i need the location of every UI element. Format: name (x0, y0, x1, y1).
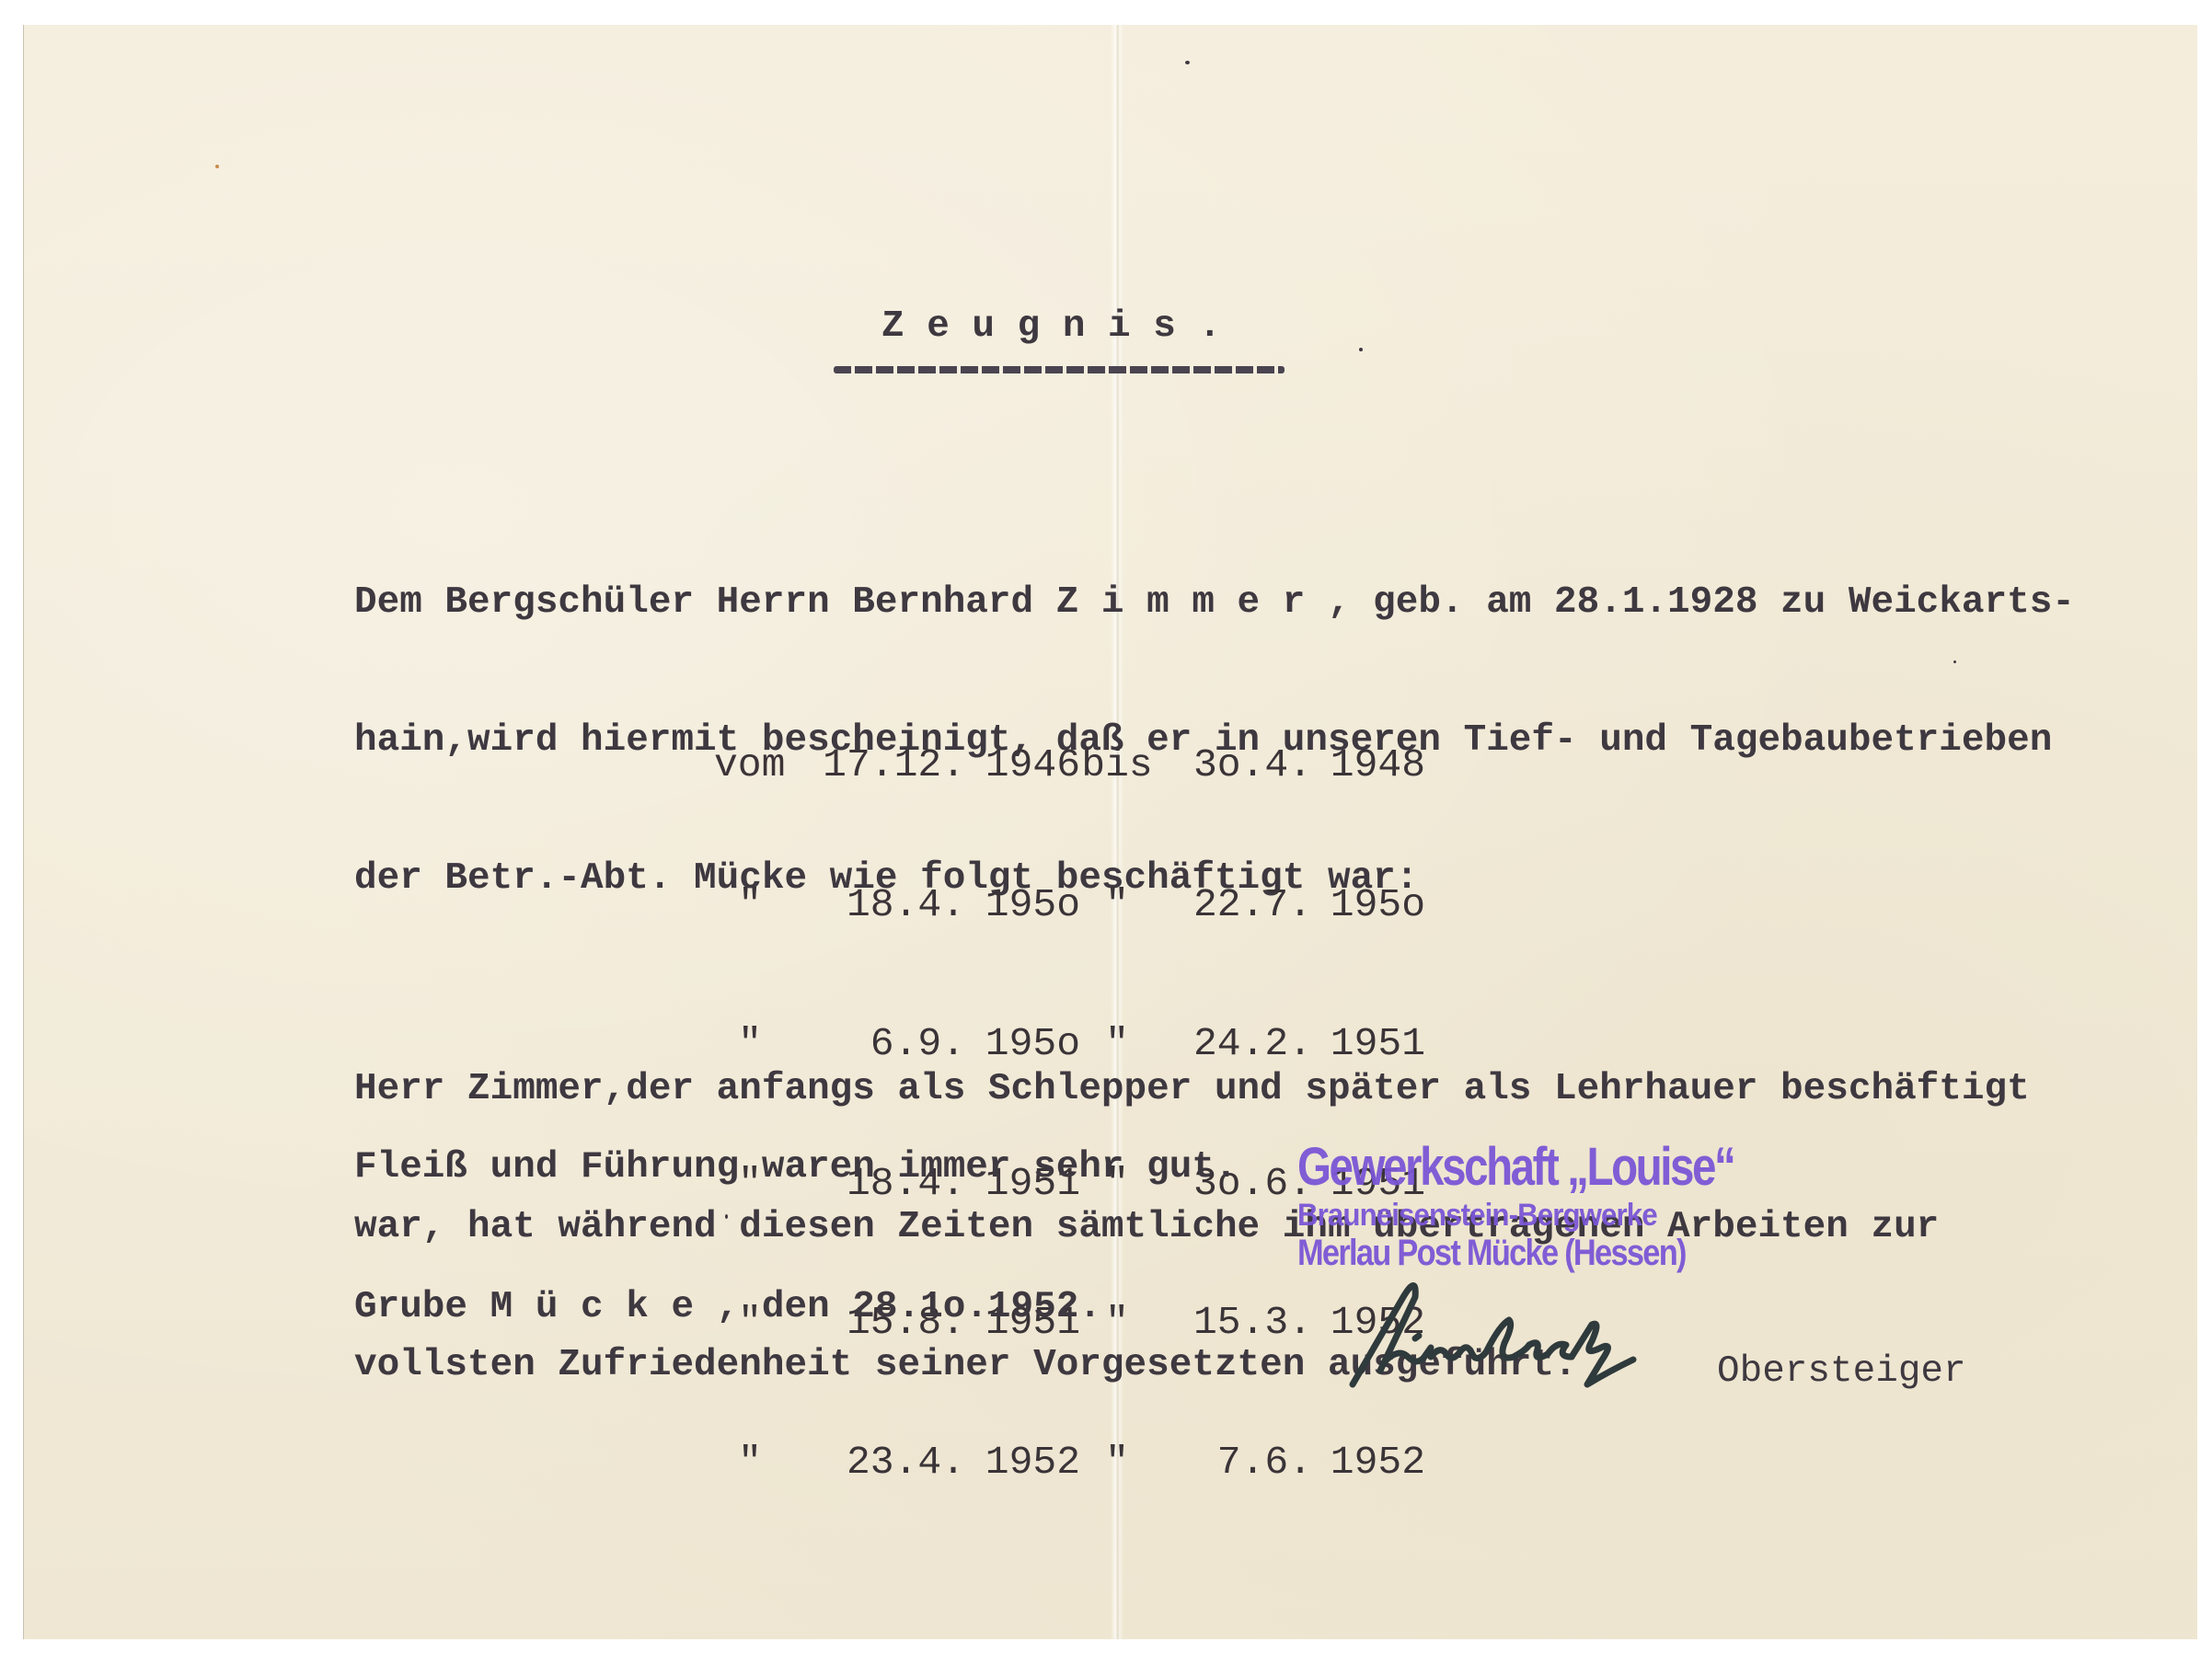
period-row: "23.4.1952"7.6.1952 (714, 1440, 1425, 1487)
assessment-line: Herr Zimmer,der anfangs als Schlepper un… (354, 1066, 2030, 1112)
stamp-company-type: Brauneisenstein-Bergwerke (1297, 1200, 1787, 1231)
place-and-date: Grube M ü c k e , den 28.1o.1952. (354, 1284, 1101, 1330)
paper-stain (215, 165, 219, 168)
signature-icon (1316, 1269, 1711, 1407)
title-underline (834, 366, 1285, 373)
document-title: Z e u g n i s . (881, 304, 1221, 350)
conduct-statement: Fleiß und Führung waren immer sehr gut. (354, 1144, 1238, 1190)
ink-speck (725, 1214, 728, 1219)
intro-line: Dem Bergschüler Herrn Bernhard Z i m m e… (354, 580, 2075, 626)
stamp-address: Merlau Post Mücke (Hessen) (1297, 1234, 1755, 1271)
signatory-role: Obersteiger (1717, 1349, 1966, 1395)
company-stamp: Gewerkschaft „Louise“ Brauneisenstein-Be… (1297, 1141, 1829, 1271)
stamp-company-name: Gewerkschaft „Louise“ (1297, 1141, 1734, 1194)
period-row: "18.4.195o"22.7.195o (714, 882, 1425, 929)
ink-speck (1359, 348, 1363, 351)
period-row: vom17.12.1946bis3o.4.1948 (714, 742, 1425, 789)
ink-speck (1953, 660, 1956, 663)
ink-speck (1185, 61, 1190, 64)
